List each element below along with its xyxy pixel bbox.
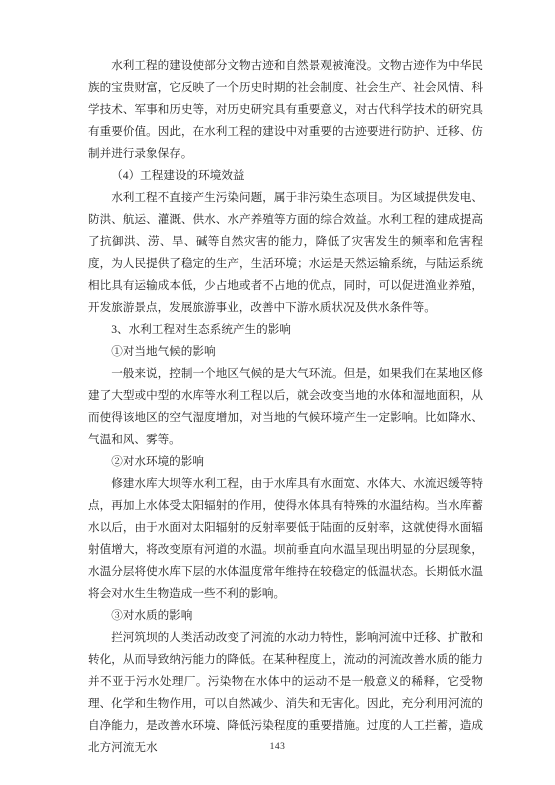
paragraph-local-climate-impact: 一般来说，控制一个地区气候的是大气环流。但是，如果我们在某地区修建了大型或中型的… <box>88 363 483 451</box>
paragraph-environmental-benefits: 水利工程不直接产生污染问题，属于非污染生态项目。为区域提供发电、防洪、航运、灌溉… <box>88 187 483 319</box>
heading-local-climate-impact: ①对当地气候的影响 <box>88 341 483 363</box>
heading-4-environmental-benefits: （4）工程建设的环境效益 <box>88 165 483 187</box>
paragraph-cultural-relics: 水利工程的建设使部分文物古迹和自然景观被淹没。文物古迹作为中华民族的宝贵财富，它… <box>88 55 483 165</box>
page-footer: 143 <box>0 736 555 754</box>
heading-water-environment-impact: ②对水环境的影响 <box>88 451 483 473</box>
text-block: 水利工程的建设使部分文物古迹和自然景观被淹没。文物古迹作为中华民族的宝贵财富，它… <box>88 55 483 759</box>
heading-water-quality-impact: ③对水质的影响 <box>88 605 483 627</box>
page-number: 143 <box>270 742 286 752</box>
heading-3-ecosystem-impact: 3、水利工程对生态系统产生的影响 <box>88 319 483 341</box>
document-page: 水利工程的建设使部分文物古迹和自然景观被淹没。文物古迹作为中华民族的宝贵财富，它… <box>0 0 555 785</box>
paragraph-water-environment-impact: 修建水库大坝等水利工程，由于水库具有水面宽、水体大、水流迟缓等特点，再加上水体受… <box>88 473 483 605</box>
